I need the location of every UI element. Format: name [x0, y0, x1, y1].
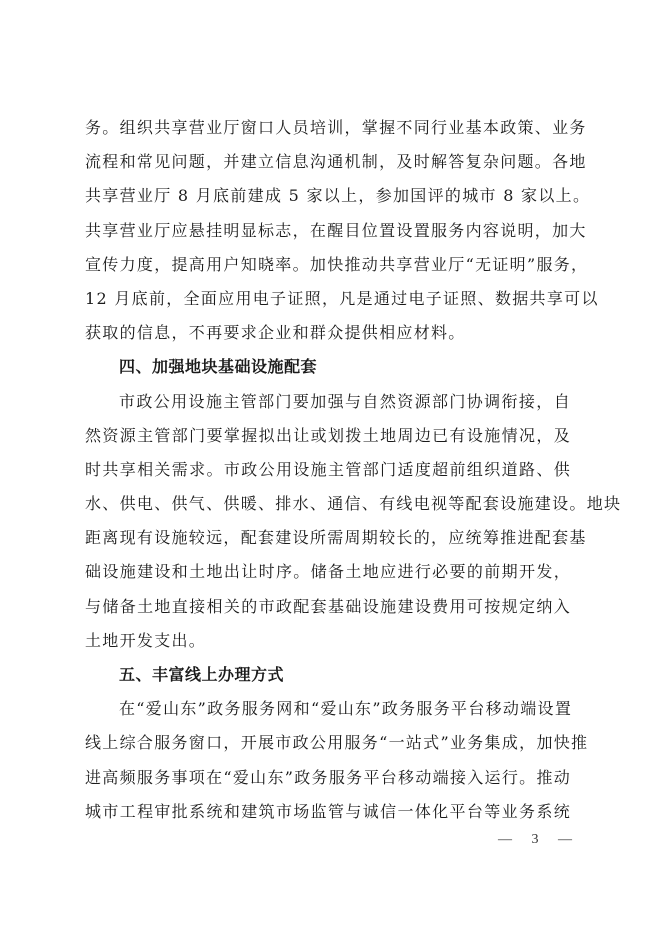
paragraph-line: 宣传力度，提高用户知晓率。加快推动共享营业厅“无证明”服务， [85, 248, 571, 282]
paragraph-line: 共享营业厅 8 月底前建成 5 家以上，参加国评的城市 8 家以上。 [85, 179, 571, 213]
paragraph-line: 线上综合服务窗口，开展市政公用服务“一站式”业务集成，加快推 [85, 726, 571, 760]
paragraph-line: 土地开发支出。 [85, 624, 571, 658]
paragraph-line: 与储备土地直接相关的市政配套基础设施建设费用可按规定纳入 [85, 590, 571, 624]
paragraph-line: 12 月底前，全面应用电子证照，凡是通过电子证照、数据共享可以 [85, 282, 571, 316]
body-text: 务。组织共享营业厅窗口人员培训，掌握不同行业基本政策、业务 流程和常见问题，并建… [85, 111, 571, 829]
paragraph-line: 然资源主管部门要掌握拟出让或划拨土地周边已有设施情况，及 [85, 419, 571, 453]
paragraph-line: 流程和常见问题，并建立信息沟通机制，及时解答复杂问题。各地 [85, 145, 571, 179]
section-heading-5: 五、丰富线上办理方式 [85, 658, 571, 692]
paragraph-line: 市政公用设施主管部门要加强与自然资源部门协调衔接，自 [85, 385, 571, 419]
paragraph-line: 城市工程审批系统和建筑市场监管与诚信一体化平台等业务系统 [85, 795, 571, 829]
page-number: — 3 — [498, 832, 580, 848]
paragraph-line: 获取的信息，不再要求企业和群众提供相应材料。 [85, 316, 571, 350]
section-heading-4: 四、加强地块基础设施配套 [85, 350, 571, 384]
document-page: 务。组织共享营业厅窗口人员培训，掌握不同行业基本政策、业务 流程和常见问题，并建… [0, 0, 657, 930]
paragraph-line: 共享营业厅应悬挂明显标志，在醒目位置设置服务内容说明，加大 [85, 214, 571, 248]
paragraph-line: 进高频服务事项在“爱山东”政务服务平台移动端接入运行。推动 [85, 761, 571, 795]
paragraph-line: 务。组织共享营业厅窗口人员培训，掌握不同行业基本政策、业务 [85, 111, 571, 145]
paragraph-line: 时共享相关需求。市政公用设施主管部门适度超前组织道路、供 [85, 453, 571, 487]
paragraph-line: 水、供电、供气、供暖、排水、通信、有线电视等配套设施建设。地块 [85, 487, 571, 521]
paragraph-line: 距离现有设施较远，配套建设所需周期较长的，应统筹推进配套基 [85, 521, 571, 555]
paragraph-line: 在“爱山东”政务服务网和“爱山东”政务服务平台移动端设置 [85, 692, 571, 726]
paragraph-line: 础设施建设和土地出让时序。储备土地应进行必要的前期开发， [85, 555, 571, 589]
